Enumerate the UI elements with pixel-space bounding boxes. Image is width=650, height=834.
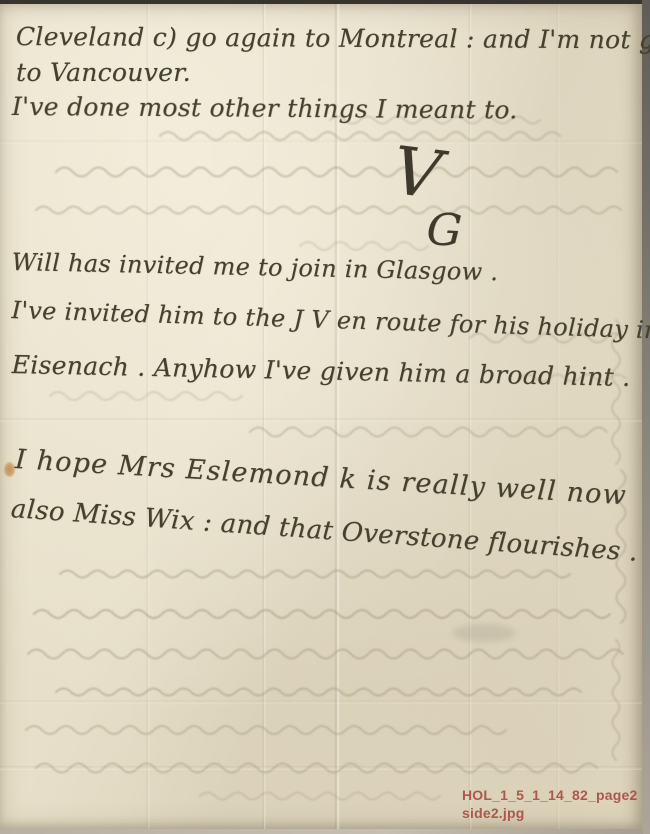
archive-reference-filename: side2.jpg [462, 804, 637, 822]
archive-reference-id: HOL_1_5_1_14_82_page2 [462, 786, 637, 804]
handwriting-line-1: Cleveland c) go again to Montreal : and … [16, 22, 650, 55]
bleedthrough-line [250, 428, 607, 437]
bleedthrough-line [34, 610, 610, 618]
bleedthrough-line [28, 650, 623, 659]
bleedthrough-line [160, 132, 560, 140]
letter-scan: Cleveland c) go again to Montreal : and … [0, 0, 650, 834]
bleedthrough-layer [0, 0, 650, 834]
handwriting-line-2: to Vancouver. [16, 58, 191, 87]
bleedthrough-line [613, 640, 620, 760]
bleedthrough-line [50, 392, 242, 400]
bleedthrough-line [56, 689, 581, 696]
bleedthrough-line [60, 571, 570, 578]
scanner-edge-right [642, 0, 650, 834]
bleedthrough-line [36, 764, 597, 773]
bleedthrough-line [56, 168, 617, 177]
scanner-edge-top [0, 0, 643, 4]
scanner-edge-bottom [0, 829, 643, 834]
bleedthrough-line [300, 242, 428, 250]
bleedthrough-line [36, 207, 621, 214]
handwriting-line-3: I've done most other things I meant to. [12, 92, 518, 125]
bleedthrough-line [200, 793, 440, 800]
monogram-initial-bottom: G [425, 204, 463, 257]
archive-reference-caption: HOL_1_5_1_14_82_page2 side2.jpg [462, 786, 637, 822]
monogram-initial-top: V [389, 132, 446, 214]
bleedthrough-line [26, 726, 506, 734]
